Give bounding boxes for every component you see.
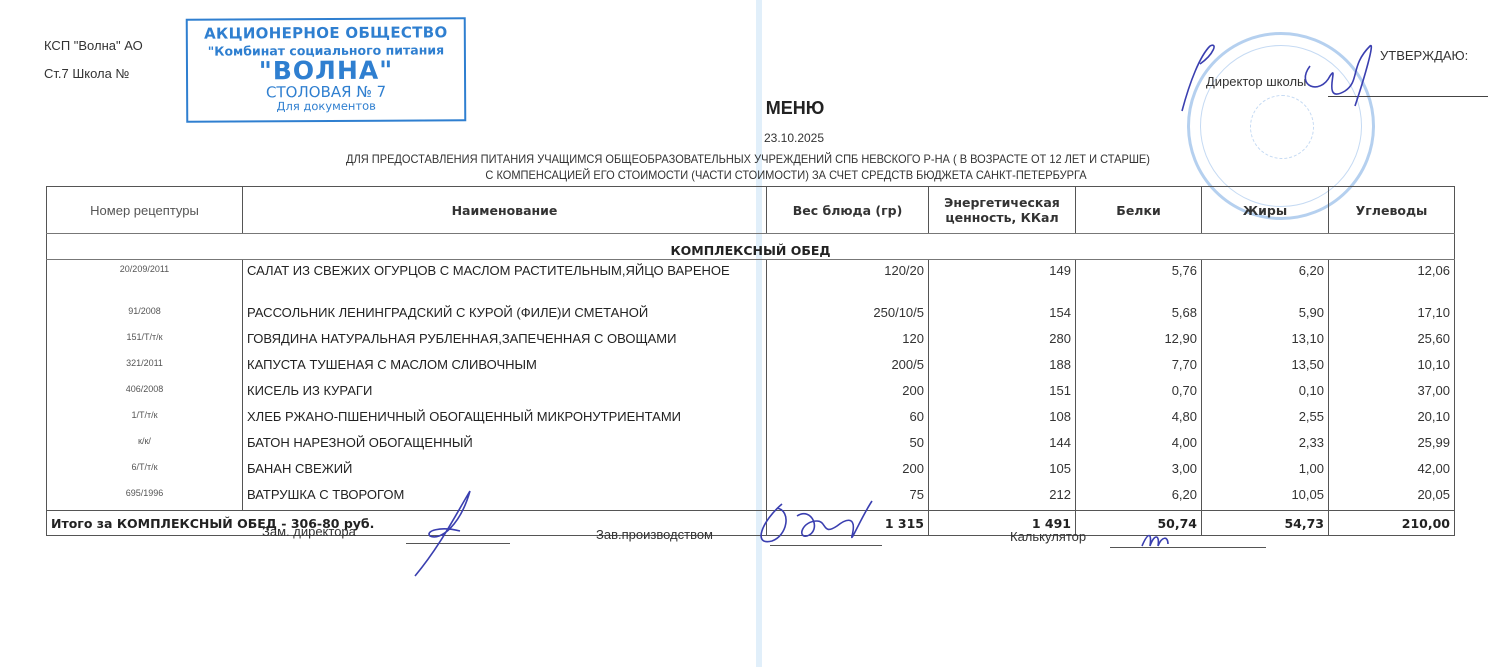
- cell-name: ГОВЯДИНА НАТУРАЛЬНАЯ РУБЛЕННАЯ,ЗАПЕЧЕННА…: [243, 328, 767, 354]
- section-title: КОМПЛЕКСНЫЙ ОБЕД: [47, 234, 1455, 260]
- table-row: к/к/БАТОН НАРЕЗНОЙ ОБОГАЩЕННЫЙ501444,002…: [47, 432, 1455, 458]
- col-header-weight: Вес блюда (гр): [767, 187, 929, 234]
- cell-kcal: 154: [929, 302, 1076, 328]
- cell-name: САЛАТ ИЗ СВЕЖИХ ОГУРЦОВ С МАСЛОМ РАСТИТЕ…: [243, 260, 767, 303]
- cell-carbs: 10,10: [1329, 354, 1455, 380]
- calculator-line: [1110, 547, 1266, 548]
- cell-carbs: 37,00: [1329, 380, 1455, 406]
- cell-fat: 5,90: [1202, 302, 1329, 328]
- cell-fat: 13,50: [1202, 354, 1329, 380]
- cell-weight: 120/20: [767, 260, 929, 303]
- cell-name: БАНАН СВЕЖИЙ: [243, 458, 767, 484]
- cell-weight: 60: [767, 406, 929, 432]
- cell-name: ВАТРУШКА С ТВОРОГОМ: [243, 484, 767, 511]
- cell-recipe: к/к/: [47, 432, 243, 458]
- cell-carbs: 20,10: [1329, 406, 1455, 432]
- cell-protein: 5,68: [1076, 302, 1202, 328]
- cell-kcal: 108: [929, 406, 1076, 432]
- cell-fat: 10,05: [1202, 484, 1329, 511]
- table-row: 321/2011КАПУСТА ТУШЕНАЯ С МАСЛОМ СЛИВОЧН…: [47, 354, 1455, 380]
- cell-protein: 12,90: [1076, 328, 1202, 354]
- cell-recipe: 1/Т/т/к: [47, 406, 243, 432]
- cell-protein: 3,00: [1076, 458, 1202, 484]
- col-header-carbs: Углеводы: [1329, 187, 1455, 234]
- table-row: 20/209/2011САЛАТ ИЗ СВЕЖИХ ОГУРЦОВ С МАС…: [47, 260, 1455, 303]
- cell-weight: 250/10/5: [767, 302, 929, 328]
- cell-kcal: 151: [929, 380, 1076, 406]
- cell-name: БАТОН НАРЕЗНОЙ ОБОГАЩЕННЫЙ: [243, 432, 767, 458]
- cell-fat: 6,20: [1202, 260, 1329, 303]
- cell-carbs: 25,99: [1329, 432, 1455, 458]
- cell-fat: 0,10: [1202, 380, 1329, 406]
- col-header-recipe: Номер рецептуры: [47, 187, 243, 234]
- cell-kcal: 188: [929, 354, 1076, 380]
- col-header-kcal: Энергетическая ценность, ККал: [929, 187, 1076, 234]
- canteen-name: Ст.7 Школа №: [44, 66, 129, 81]
- cell-kcal: 149: [929, 260, 1076, 303]
- table-row: 695/1996ВАТРУШКА С ТВОРОГОМ752126,2010,0…: [47, 484, 1455, 511]
- col-header-fat: Жиры: [1202, 187, 1329, 234]
- cell-kcal: 144: [929, 432, 1076, 458]
- cell-recipe: 321/2011: [47, 354, 243, 380]
- document-subtitle-2: С КОМПЕНСАЦИЕЙ ЕГО СТОИМОСТИ (ЧАСТИ СТОИ…: [63, 168, 1508, 182]
- organization-name: КСП "Волна" АО: [44, 38, 143, 53]
- total-carbs: 210,00: [1329, 511, 1455, 536]
- production-head-signature-icon: [752, 496, 882, 552]
- cell-weight: 200/5: [767, 354, 929, 380]
- calculator-signature-icon: [1138, 528, 1178, 550]
- cell-weight: 120: [767, 328, 929, 354]
- cell-recipe: 406/2008: [47, 380, 243, 406]
- stamp-line-3: "ВОЛНА": [188, 57, 464, 84]
- cell-protein: 5,76: [1076, 260, 1202, 303]
- cell-protein: 4,00: [1076, 432, 1202, 458]
- deputy-director-signature-icon: [400, 486, 490, 581]
- cell-weight: 200: [767, 458, 929, 484]
- total-fat: 54,73: [1202, 511, 1329, 536]
- cell-name: РАССОЛЬНИК ЛЕНИНГРАДСКИЙ С КУРОЙ (ФИЛЕ)И…: [243, 302, 767, 328]
- table-row: 1/Т/т/кХЛЕБ РЖАНО-ПШЕНИЧНЫЙ ОБОГАЩЕННЫЙ …: [47, 406, 1455, 432]
- cell-protein: 4,80: [1076, 406, 1202, 432]
- cell-protein: 0,70: [1076, 380, 1202, 406]
- cell-recipe: 91/2008: [47, 302, 243, 328]
- cell-name: ХЛЕБ РЖАНО-ПШЕНИЧНЫЙ ОБОГАЩЕННЫЙ МИКРОНУ…: [243, 406, 767, 432]
- document-date: 23.10.2025: [0, 131, 1508, 145]
- cell-weight: 50: [767, 432, 929, 458]
- deputy-director-label: Зам. директора: [262, 524, 356, 539]
- table-row: 151/Т/т/кГОВЯДИНА НАТУРАЛЬНАЯ РУБЛЕННАЯ,…: [47, 328, 1455, 354]
- cell-carbs: 12,06: [1329, 260, 1455, 303]
- document-title: МЕНЮ: [0, 98, 1508, 119]
- cell-fat: 13,10: [1202, 328, 1329, 354]
- cell-kcal: 105: [929, 458, 1076, 484]
- cell-fat: 1,00: [1202, 458, 1329, 484]
- section-row: КОМПЛЕКСНЫЙ ОБЕД: [47, 234, 1455, 260]
- cell-carbs: 42,00: [1329, 458, 1455, 484]
- menu-table: Номер рецептуры Наименование Вес блюда (…: [46, 186, 1455, 536]
- total-row: Итого за КОМПЛЕКСНЫЙ ОБЕД - 306-80 руб. …: [47, 511, 1455, 536]
- cell-carbs: 17,10: [1329, 302, 1455, 328]
- cell-carbs: 25,60: [1329, 328, 1455, 354]
- cell-recipe: 20/209/2011: [47, 260, 243, 303]
- production-head-label: Зав.производством: [596, 527, 713, 542]
- cell-protein: 7,70: [1076, 354, 1202, 380]
- table-row: 91/2008РАССОЛЬНИК ЛЕНИНГРАДСКИЙ С КУРОЙ …: [47, 302, 1455, 328]
- cell-kcal: 212: [929, 484, 1076, 511]
- col-header-name: Наименование: [243, 187, 767, 234]
- table-row: 406/2008КИСЕЛЬ ИЗ КУРАГИ2001510,700,1037…: [47, 380, 1455, 406]
- cell-name: КИСЕЛЬ ИЗ КУРАГИ: [243, 380, 767, 406]
- cell-recipe: 695/1996: [47, 484, 243, 511]
- col-header-protein: Белки: [1076, 187, 1202, 234]
- cell-fat: 2,33: [1202, 432, 1329, 458]
- cell-name: КАПУСТА ТУШЕНАЯ С МАСЛОМ СЛИВОЧНЫМ: [243, 354, 767, 380]
- cell-protein: 6,20: [1076, 484, 1202, 511]
- stamp-line-1: АКЦИОНЕРНОЕ ОБЩЕСТВО: [188, 23, 464, 42]
- table-header-row: Номер рецептуры Наименование Вес блюда (…: [47, 187, 1455, 234]
- cell-kcal: 280: [929, 328, 1076, 354]
- calculator-label: Калькулятор: [1010, 529, 1086, 544]
- cell-weight: 200: [767, 380, 929, 406]
- table-row: 6/Т/т/кБАНАН СВЕЖИЙ2001053,001,0042,00: [47, 458, 1455, 484]
- cell-fat: 2,55: [1202, 406, 1329, 432]
- cell-carbs: 20,05: [1329, 484, 1455, 511]
- cell-recipe: 151/Т/т/к: [47, 328, 243, 354]
- cell-recipe: 6/Т/т/к: [47, 458, 243, 484]
- document-subtitle-1: ДЛЯ ПРЕДОСТАВЛЕНИЯ ПИТАНИЯ УЧАЩИМСЯ ОБЩЕ…: [60, 152, 1436, 166]
